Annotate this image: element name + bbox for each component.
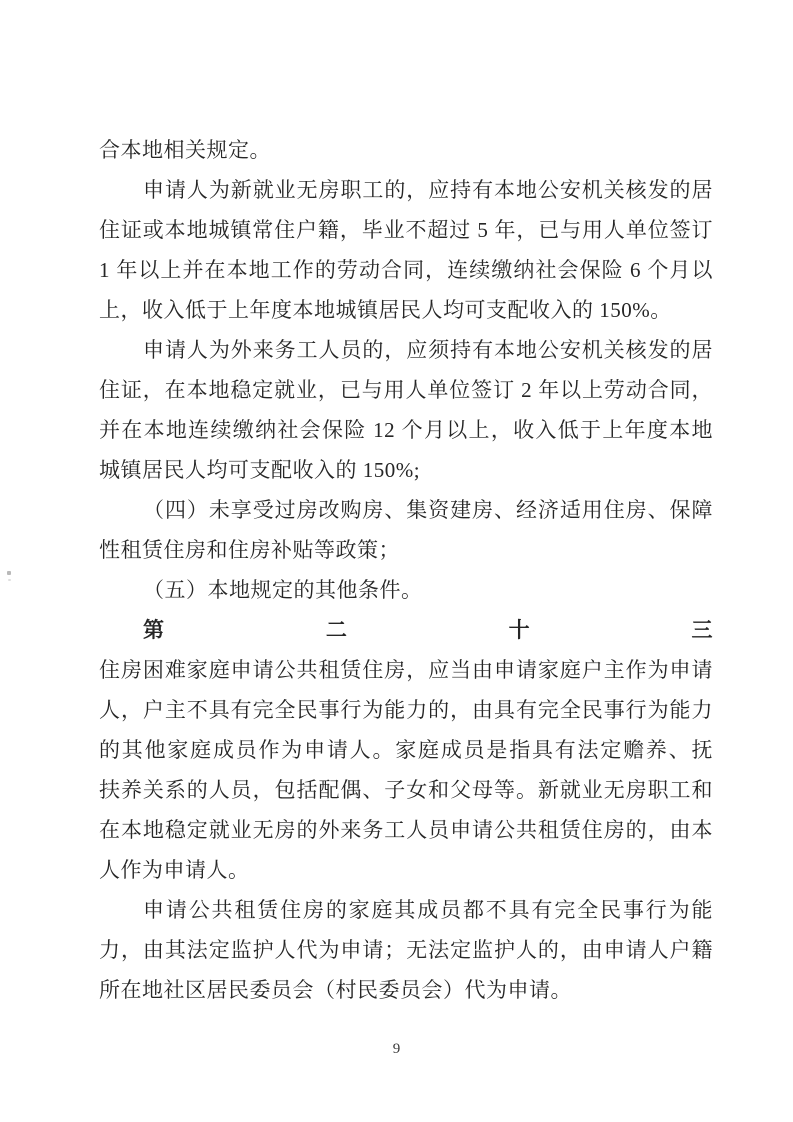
text-line: 上，收入低于上年度本地城镇居民人均可支配收入的 150%。: [99, 290, 713, 330]
text-line: 住证，在本地稳定就业，已与用人单位签订 2 年以上劳动合同，: [99, 370, 713, 410]
text-line: 力，由其法定监护人代为申请；无法定监护人的，由申请人户籍: [99, 930, 713, 970]
scan-artifact-speck: [7, 571, 11, 575]
paragraph: 申请公共租赁住房的家庭其成员都不具有完全民事行为能力，由其法定监护人代为申请；无…: [99, 890, 713, 1010]
paragraph: 第二十三条 城镇中等偏下收入（含低保、特困、低收边缘）住房困难家庭申请公共租赁住…: [99, 610, 713, 890]
text-line: 申请人为外来务工人员的，应须持有本地公安机关核发的居: [99, 330, 713, 370]
paragraph: 合本地相关规定。: [99, 130, 713, 170]
text-line: 并在本地连续缴纳社会保险 12 个月以上，收入低于上年度本地: [99, 410, 713, 450]
text-line: 人作为申请人。: [99, 850, 713, 890]
text-line: 合本地相关规定。: [99, 130, 713, 170]
text-line: 申请人为新就业无房职工的，应持有本地公安机关核发的居: [99, 170, 713, 210]
paragraph: （四）未享受过房改购房、集资建房、经济适用住房、保障性租赁住房和住房补贴等政策；: [99, 490, 713, 570]
text-line: 性租赁住房和住房补贴等政策；: [99, 530, 713, 570]
text-line: 所在地社区居民委员会（村民委员会）代为申请。: [99, 970, 713, 1010]
scan-artifact-speck: [8, 579, 11, 581]
text-line: 住证或本地城镇常住户籍，毕业不超过 5 年，已与用人单位签订: [99, 210, 713, 250]
text-line: 的其他家庭成员作为申请人。家庭成员是指具有法定赡养、抚养、: [99, 730, 713, 770]
text-line: 第二十三条 城镇中等偏下收入（含低保、特困、低收边缘）: [99, 610, 713, 650]
text-line: 人，户主不具有完全民事行为能力的，由具有完全民事行为能力: [99, 690, 713, 730]
text-line: 住房困难家庭申请公共租赁住房，应当由申请家庭户主作为申请: [99, 650, 713, 690]
article-number-bold: 第二十三条: [99, 618, 713, 650]
text-line: 城镇居民人均可支配收入的 150%;: [99, 450, 713, 490]
text-line: 1 年以上并在本地工作的劳动合同，连续缴纳社会保险 6 个月以: [99, 250, 713, 290]
paragraph: 申请人为外来务工人员的，应须持有本地公安机关核发的居住证，在本地稳定就业，已与用…: [99, 330, 713, 490]
document-body: 合本地相关规定。申请人为新就业无房职工的，应持有本地公安机关核发的居住证或本地城…: [99, 130, 713, 1010]
page-number: 9: [0, 1038, 793, 1060]
paragraph: （五）本地规定的其他条件。: [99, 570, 713, 610]
text-line: （五）本地规定的其他条件。: [99, 570, 713, 610]
text-line: 扶养关系的人员，包括配偶、子女和父母等。新就业无房职工和: [99, 770, 713, 810]
text-line: 申请公共租赁住房的家庭其成员都不具有完全民事行为能: [99, 890, 713, 930]
text-line: 在本地稳定就业无房的外来务工人员申请公共租赁住房的，由本: [99, 810, 713, 850]
text-line: （四）未享受过房改购房、集资建房、经济适用住房、保障: [99, 490, 713, 530]
paragraph: 申请人为新就业无房职工的，应持有本地公安机关核发的居住证或本地城镇常住户籍，毕业…: [99, 170, 713, 330]
document-page: 合本地相关规定。申请人为新就业无房职工的，应持有本地公安机关核发的居住证或本地城…: [0, 0, 793, 1122]
